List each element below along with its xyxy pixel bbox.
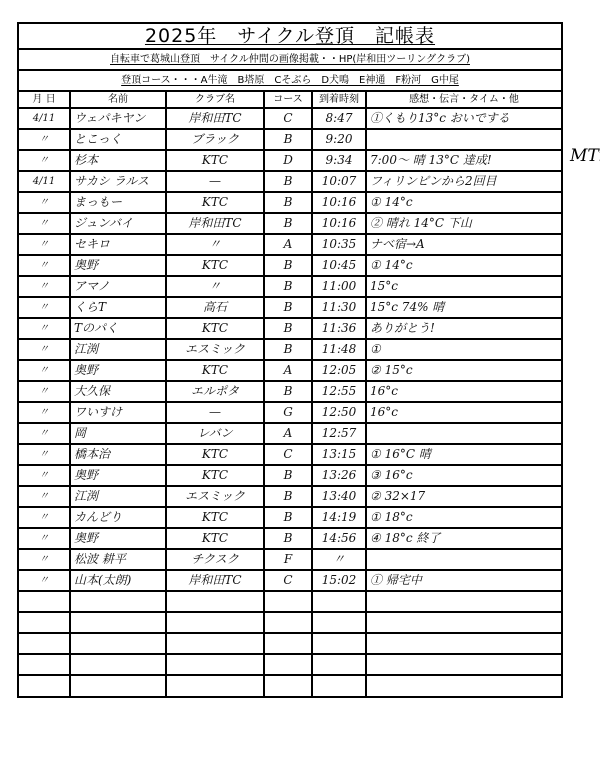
name-cell: 江渕 — [70, 339, 166, 360]
course-cell: B — [264, 381, 312, 402]
table-row — [19, 612, 561, 633]
date-cell: 〃 — [19, 297, 70, 318]
date-cell: 〃 — [19, 150, 70, 171]
course-cell: F — [264, 549, 312, 570]
club-cell — [166, 612, 264, 633]
course-cell: B — [264, 129, 312, 150]
club-cell: — — [166, 402, 264, 423]
time-cell: 〃 — [312, 549, 366, 570]
header-course: コース — [264, 92, 312, 108]
note-cell: ①くもり13°c おいでする — [366, 108, 561, 129]
note-cell — [366, 423, 561, 444]
note-cell: ① 14°c — [366, 192, 561, 213]
time-cell: 9:34 — [312, 150, 366, 171]
time-cell — [312, 654, 366, 675]
table-row — [19, 654, 561, 675]
table-row — [19, 591, 561, 612]
name-cell — [70, 654, 166, 675]
note-cell: 7:00〜 晴 13°C 達成! — [366, 150, 561, 171]
table-header-row: 月 日 名前 クラブ名 コース 到着時刻 感想・伝言・タイム・他 — [19, 92, 561, 108]
table-row: 〃アマノ〃B11:0015°c — [19, 276, 561, 297]
name-cell: 松波 耕平 — [70, 549, 166, 570]
table-row — [19, 633, 561, 654]
club-cell — [166, 591, 264, 612]
note-cell: ① — [366, 339, 561, 360]
sheet-subtitle-text: 自転車で葛城山登頂 サイクル仲間の画像掲載・・HP(岸和田ツーリングクラブ) — [110, 54, 470, 65]
name-cell: 大久保 — [70, 381, 166, 402]
name-cell — [70, 675, 166, 696]
course-cell — [264, 633, 312, 654]
note-cell: ① 14°c — [366, 255, 561, 276]
note-cell: ナベ宿→A — [366, 234, 561, 255]
time-cell — [312, 675, 366, 696]
course-cell: B — [264, 486, 312, 507]
time-cell: 8:47 — [312, 108, 366, 129]
club-cell: KTC — [166, 318, 264, 339]
time-cell: 10:07 — [312, 171, 366, 192]
course-cell — [264, 612, 312, 633]
club-cell: ブラック — [166, 129, 264, 150]
name-cell: 奥野 — [70, 360, 166, 381]
time-cell: 15:02 — [312, 570, 366, 591]
time-cell: 11:36 — [312, 318, 366, 339]
time-cell: 10:35 — [312, 234, 366, 255]
note-cell — [366, 633, 561, 654]
note-cell — [366, 654, 561, 675]
course-cell: A — [264, 423, 312, 444]
course-cell: D — [264, 150, 312, 171]
header-club: クラブ名 — [166, 92, 264, 108]
log-table: 月 日 名前 クラブ名 コース 到着時刻 感想・伝言・タイム・他 4/11ウェパ… — [19, 92, 561, 696]
club-cell: KTC — [166, 528, 264, 549]
course-cell: B — [264, 507, 312, 528]
table-row: 〃杉本KTCD9:347:00〜 晴 13°C 達成! — [19, 150, 561, 171]
name-cell: 橋本治 — [70, 444, 166, 465]
date-cell: 〃 — [19, 423, 70, 444]
club-cell: KTC — [166, 255, 264, 276]
time-cell: 13:15 — [312, 444, 366, 465]
table-row: 〃江渕エスミックB13:40② 32×17 — [19, 486, 561, 507]
note-cell — [366, 591, 561, 612]
date-cell — [19, 591, 70, 612]
sheet-subtitle: 自転車で葛城山登頂 サイクル仲間の画像掲載・・HP(岸和田ツーリングクラブ) — [19, 50, 561, 71]
course-cell: B — [264, 192, 312, 213]
note-cell — [366, 612, 561, 633]
name-cell: くらT — [70, 297, 166, 318]
date-cell: 〃 — [19, 213, 70, 234]
time-cell: 12:05 — [312, 360, 366, 381]
date-cell — [19, 633, 70, 654]
date-cell: 〃 — [19, 318, 70, 339]
date-cell: 〃 — [19, 381, 70, 402]
note-cell: ④ 18°c 終了 — [366, 528, 561, 549]
note-cell: ② 15°c — [366, 360, 561, 381]
table-row: 〃カんどりKTCB14:19① 18°c — [19, 507, 561, 528]
note-cell: 15°c 74% 晴 — [366, 297, 561, 318]
club-cell: 高石 — [166, 297, 264, 318]
club-cell: 岸和田TC — [166, 108, 264, 129]
date-cell: 〃 — [19, 528, 70, 549]
header-notes: 感想・伝言・タイム・他 — [366, 92, 561, 108]
course-cell — [264, 675, 312, 696]
name-cell: まっもー — [70, 192, 166, 213]
header-date: 月 日 — [19, 92, 70, 108]
date-cell: 〃 — [19, 444, 70, 465]
time-cell: 11:00 — [312, 276, 366, 297]
table-row: 4/11ウェパキヤン岸和田TCC8:47①くもり13°c おいでする — [19, 108, 561, 129]
time-cell: 10:16 — [312, 213, 366, 234]
note-cell: ありがとう! — [366, 318, 561, 339]
date-cell: 〃 — [19, 276, 70, 297]
date-cell: 〃 — [19, 507, 70, 528]
course-cell: B — [264, 171, 312, 192]
time-cell: 12:57 — [312, 423, 366, 444]
club-cell: — — [166, 171, 264, 192]
time-cell: 13:40 — [312, 486, 366, 507]
table-row: 〃岡レバンA12:57 — [19, 423, 561, 444]
club-cell: エルポタ — [166, 381, 264, 402]
club-cell — [166, 654, 264, 675]
table-row: 〃奥野KTCB10:45① 14°c — [19, 255, 561, 276]
name-cell: セキロ — [70, 234, 166, 255]
time-cell: 11:48 — [312, 339, 366, 360]
date-cell: 〃 — [19, 192, 70, 213]
table-row: 〃まっもーKTCB10:16① 14°c — [19, 192, 561, 213]
sheet-title: 2025年 サイクル登頂 記帳表 — [19, 24, 561, 50]
name-cell: ウェパキヤン — [70, 108, 166, 129]
time-cell: 12:50 — [312, 402, 366, 423]
name-cell: アマノ — [70, 276, 166, 297]
note-cell: ① 18°c — [366, 507, 561, 528]
course-cell: B — [264, 318, 312, 339]
course-cell: C — [264, 108, 312, 129]
name-cell — [70, 591, 166, 612]
note-cell: ① 16°C 晴 — [366, 444, 561, 465]
name-cell: 奥野 — [70, 255, 166, 276]
club-cell: KTC — [166, 192, 264, 213]
course-cell: B — [264, 339, 312, 360]
table-row: 〃江渕エスミックB11:48① — [19, 339, 561, 360]
course-cell: C — [264, 444, 312, 465]
sheet-title-text: 2025年 サイクル登頂 記帳表 — [145, 25, 435, 47]
time-cell: 12:55 — [312, 381, 366, 402]
table-row: 〃奥野KTCA12:05② 15°c — [19, 360, 561, 381]
name-cell: サカシ ラルス — [70, 171, 166, 192]
table-row: 〃松波 耕平チクスクF〃 — [19, 549, 561, 570]
course-cell — [264, 591, 312, 612]
club-cell: エスミック — [166, 486, 264, 507]
time-cell: 11:30 — [312, 297, 366, 318]
table-row — [19, 675, 561, 696]
name-cell: 山本(太朗) — [70, 570, 166, 591]
course-cell: B — [264, 528, 312, 549]
table-row: 〃セキロ〃A10:35ナベ宿→A — [19, 234, 561, 255]
date-cell: 〃 — [19, 339, 70, 360]
note-cell: フィリンピンから2回目 — [366, 171, 561, 192]
club-cell: レバン — [166, 423, 264, 444]
note-cell: 16°c — [366, 402, 561, 423]
table-row: 〃山本(太朗)岸和田TCC15:02① 帰宅中 — [19, 570, 561, 591]
table-row: 〃橋本治KTCC13:15① 16°C 晴 — [19, 444, 561, 465]
date-cell — [19, 654, 70, 675]
date-cell: 〃 — [19, 486, 70, 507]
date-cell: 〃 — [19, 129, 70, 150]
club-cell — [166, 633, 264, 654]
note-cell: ② 晴れ 14°C 下山 — [366, 213, 561, 234]
note-cell: ② 32×17 — [366, 486, 561, 507]
name-cell — [70, 612, 166, 633]
club-cell: エスミック — [166, 339, 264, 360]
name-cell — [70, 633, 166, 654]
date-cell — [19, 675, 70, 696]
name-cell: ワいすけ — [70, 402, 166, 423]
table-row: 〃TのパくKTCB11:36ありがとう! — [19, 318, 561, 339]
note-cell — [366, 129, 561, 150]
club-cell: KTC — [166, 507, 264, 528]
club-cell: チクスク — [166, 549, 264, 570]
club-cell: 〃 — [166, 234, 264, 255]
name-cell: カんどり — [70, 507, 166, 528]
date-cell — [19, 612, 70, 633]
note-cell — [366, 549, 561, 570]
note-cell: 15°c — [366, 276, 561, 297]
time-cell — [312, 633, 366, 654]
margin-note: MTi — [570, 146, 600, 166]
note-cell: 16°c — [366, 381, 561, 402]
club-cell: 〃 — [166, 276, 264, 297]
date-cell: 〃 — [19, 255, 70, 276]
club-cell — [166, 675, 264, 696]
name-cell: ジュンバイ — [70, 213, 166, 234]
club-cell: 岸和田TC — [166, 213, 264, 234]
date-cell: 4/11 — [19, 171, 70, 192]
date-cell: 〃 — [19, 465, 70, 486]
time-cell: 14:19 — [312, 507, 366, 528]
time-cell: 9:20 — [312, 129, 366, 150]
name-cell: Tのパく — [70, 318, 166, 339]
date-cell: 〃 — [19, 570, 70, 591]
club-cell: KTC — [166, 465, 264, 486]
table-row: 〃大久保エルポタB12:5516°c — [19, 381, 561, 402]
table-row: 〃ジュンバイ岸和田TCB10:16② 晴れ 14°C 下山 — [19, 213, 561, 234]
club-cell: KTC — [166, 360, 264, 381]
course-cell: A — [264, 234, 312, 255]
club-cell: 岸和田TC — [166, 570, 264, 591]
name-cell: 岡 — [70, 423, 166, 444]
date-cell: 〃 — [19, 549, 70, 570]
course-cell: B — [264, 213, 312, 234]
table-row: 4/11サカシ ラルス—B10:07フィリンピンから2回目 — [19, 171, 561, 192]
name-cell: 奥野 — [70, 465, 166, 486]
time-cell — [312, 591, 366, 612]
course-cell: B — [264, 297, 312, 318]
course-legend: 登頂コース・・・A牛滝 B塔原 Cそぶら D犬鳴 E神通 F粉河 G中尾 — [19, 71, 561, 92]
date-cell: 〃 — [19, 234, 70, 255]
table-row: 〃とこっくブラックB9:20 — [19, 129, 561, 150]
course-cell: B — [264, 255, 312, 276]
time-cell: 13:26 — [312, 465, 366, 486]
time-cell — [312, 612, 366, 633]
course-cell — [264, 654, 312, 675]
table-row: 〃くらT高石B11:3015°c 74% 晴 — [19, 297, 561, 318]
course-cell: A — [264, 360, 312, 381]
note-cell: ③ 16°c — [366, 465, 561, 486]
header-arrival-time: 到着時刻 — [312, 92, 366, 108]
course-legend-text: 登頂コース・・・A牛滝 B塔原 Cそぶら D犬鳴 E神通 F粉河 G中尾 — [121, 75, 459, 86]
club-cell: KTC — [166, 444, 264, 465]
date-cell: 〃 — [19, 360, 70, 381]
course-cell: B — [264, 276, 312, 297]
table-row: 〃奥野KTCB14:56④ 18°c 終了 — [19, 528, 561, 549]
name-cell: 杉本 — [70, 150, 166, 171]
time-cell: 10:16 — [312, 192, 366, 213]
course-cell: B — [264, 465, 312, 486]
note-cell — [366, 675, 561, 696]
header-name: 名前 — [70, 92, 166, 108]
note-cell: ① 帰宅中 — [366, 570, 561, 591]
table-row: 〃奥野KTCB13:26③ 16°c — [19, 465, 561, 486]
time-cell: 10:45 — [312, 255, 366, 276]
date-cell: 〃 — [19, 402, 70, 423]
time-cell: 14:56 — [312, 528, 366, 549]
name-cell: とこっく — [70, 129, 166, 150]
table-row: 〃ワいすけ—G12:5016°c — [19, 402, 561, 423]
signin-sheet: 2025年 サイクル登頂 記帳表 自転車で葛城山登頂 サイクル仲間の画像掲載・・… — [17, 22, 563, 698]
date-cell: 4/11 — [19, 108, 70, 129]
name-cell: 江渕 — [70, 486, 166, 507]
course-cell: G — [264, 402, 312, 423]
club-cell: KTC — [166, 150, 264, 171]
course-cell: C — [264, 570, 312, 591]
name-cell: 奥野 — [70, 528, 166, 549]
